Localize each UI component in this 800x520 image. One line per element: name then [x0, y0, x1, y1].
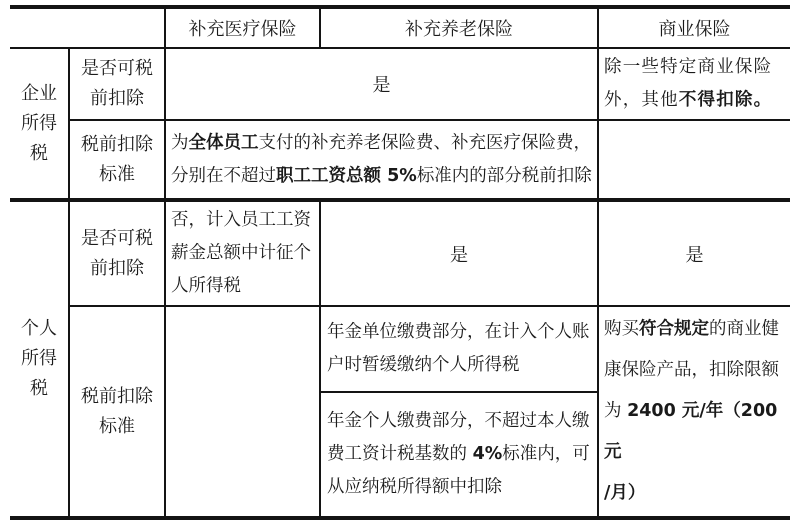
individual-standard-pension-individual-value: 年金个人缴费部分，不超过本人缴 费工资计税基数的 4%标准内，可 从应纳税所得额… [320, 392, 598, 518]
corporate-standard-commercial-empty [598, 120, 790, 200]
corporate-standard-label: 税前扣除 标准 [69, 120, 165, 200]
header-row: 补充医疗保险 补充养老保险 商业保险 [10, 7, 790, 48]
header-corner-cell [10, 7, 165, 48]
page: 补充医疗保险 补充养老保险 商业保险 企业 所得 税 是否可税 前扣除 是 除一… [0, 0, 800, 520]
individual-standard-commercial-value: 购买符合规定的商业健 康保险产品，扣除限额 为 2400 元/年（200 元 /… [598, 306, 790, 518]
individual-deductible-commercial-value: 是 [598, 200, 790, 306]
individual-standard-medical-empty [165, 306, 320, 518]
corporate-standard-medical-pension-value: 为全体员工支付的补充养老保险费、补充医疗保险费， 分别在不超过职工工资总额 5%… [165, 120, 598, 200]
individual-standard-label: 税前扣除 标准 [69, 306, 165, 518]
header-col-medical: 补充医疗保险 [165, 7, 320, 48]
individual-deductible-pension-value: 是 [320, 200, 598, 306]
corporate-deductible-commercial-value: 除一些特定商业保险 外，其他不得扣除。 [598, 48, 790, 120]
insurance-tax-table: 补充医疗保险 补充养老保险 商业保险 企业 所得 税 是否可税 前扣除 是 除一… [10, 5, 790, 520]
corporate-tax-label: 企业 所得 税 [10, 48, 69, 200]
individual-deductible-row: 个人 所得 税 是否可税 前扣除 否，计入员工工资 薪金总额中计征个 人所得税 … [10, 200, 790, 306]
individual-tax-label: 个人 所得 税 [10, 200, 69, 518]
corporate-standard-row: 税前扣除 标准 为全体员工支付的补充养老保险费、补充医疗保险费， 分别在不超过职… [10, 120, 790, 200]
corporate-deductible-row: 企业 所得 税 是否可税 前扣除 是 除一些特定商业保险 外，其他不得扣除。 [10, 48, 790, 120]
header-col-pension: 补充养老保险 [320, 7, 598, 48]
individual-standard-pension-employer-value: 年金单位缴费部分，在计入个人账 户时暂缓缴纳个人所得税 [320, 306, 598, 392]
individual-deductible-label: 是否可税 前扣除 [69, 200, 165, 306]
individual-standard-row-employer: 税前扣除 标准 年金单位缴费部分，在计入个人账 户时暂缓缴纳个人所得税 购买符合… [10, 306, 790, 392]
individual-deductible-medical-value: 否，计入员工工资 薪金总额中计征个 人所得税 [165, 200, 320, 306]
corporate-deductible-medical-pension-value: 是 [165, 48, 598, 120]
corporate-deductible-label: 是否可税 前扣除 [69, 48, 165, 120]
header-col-commercial: 商业保险 [598, 7, 790, 48]
